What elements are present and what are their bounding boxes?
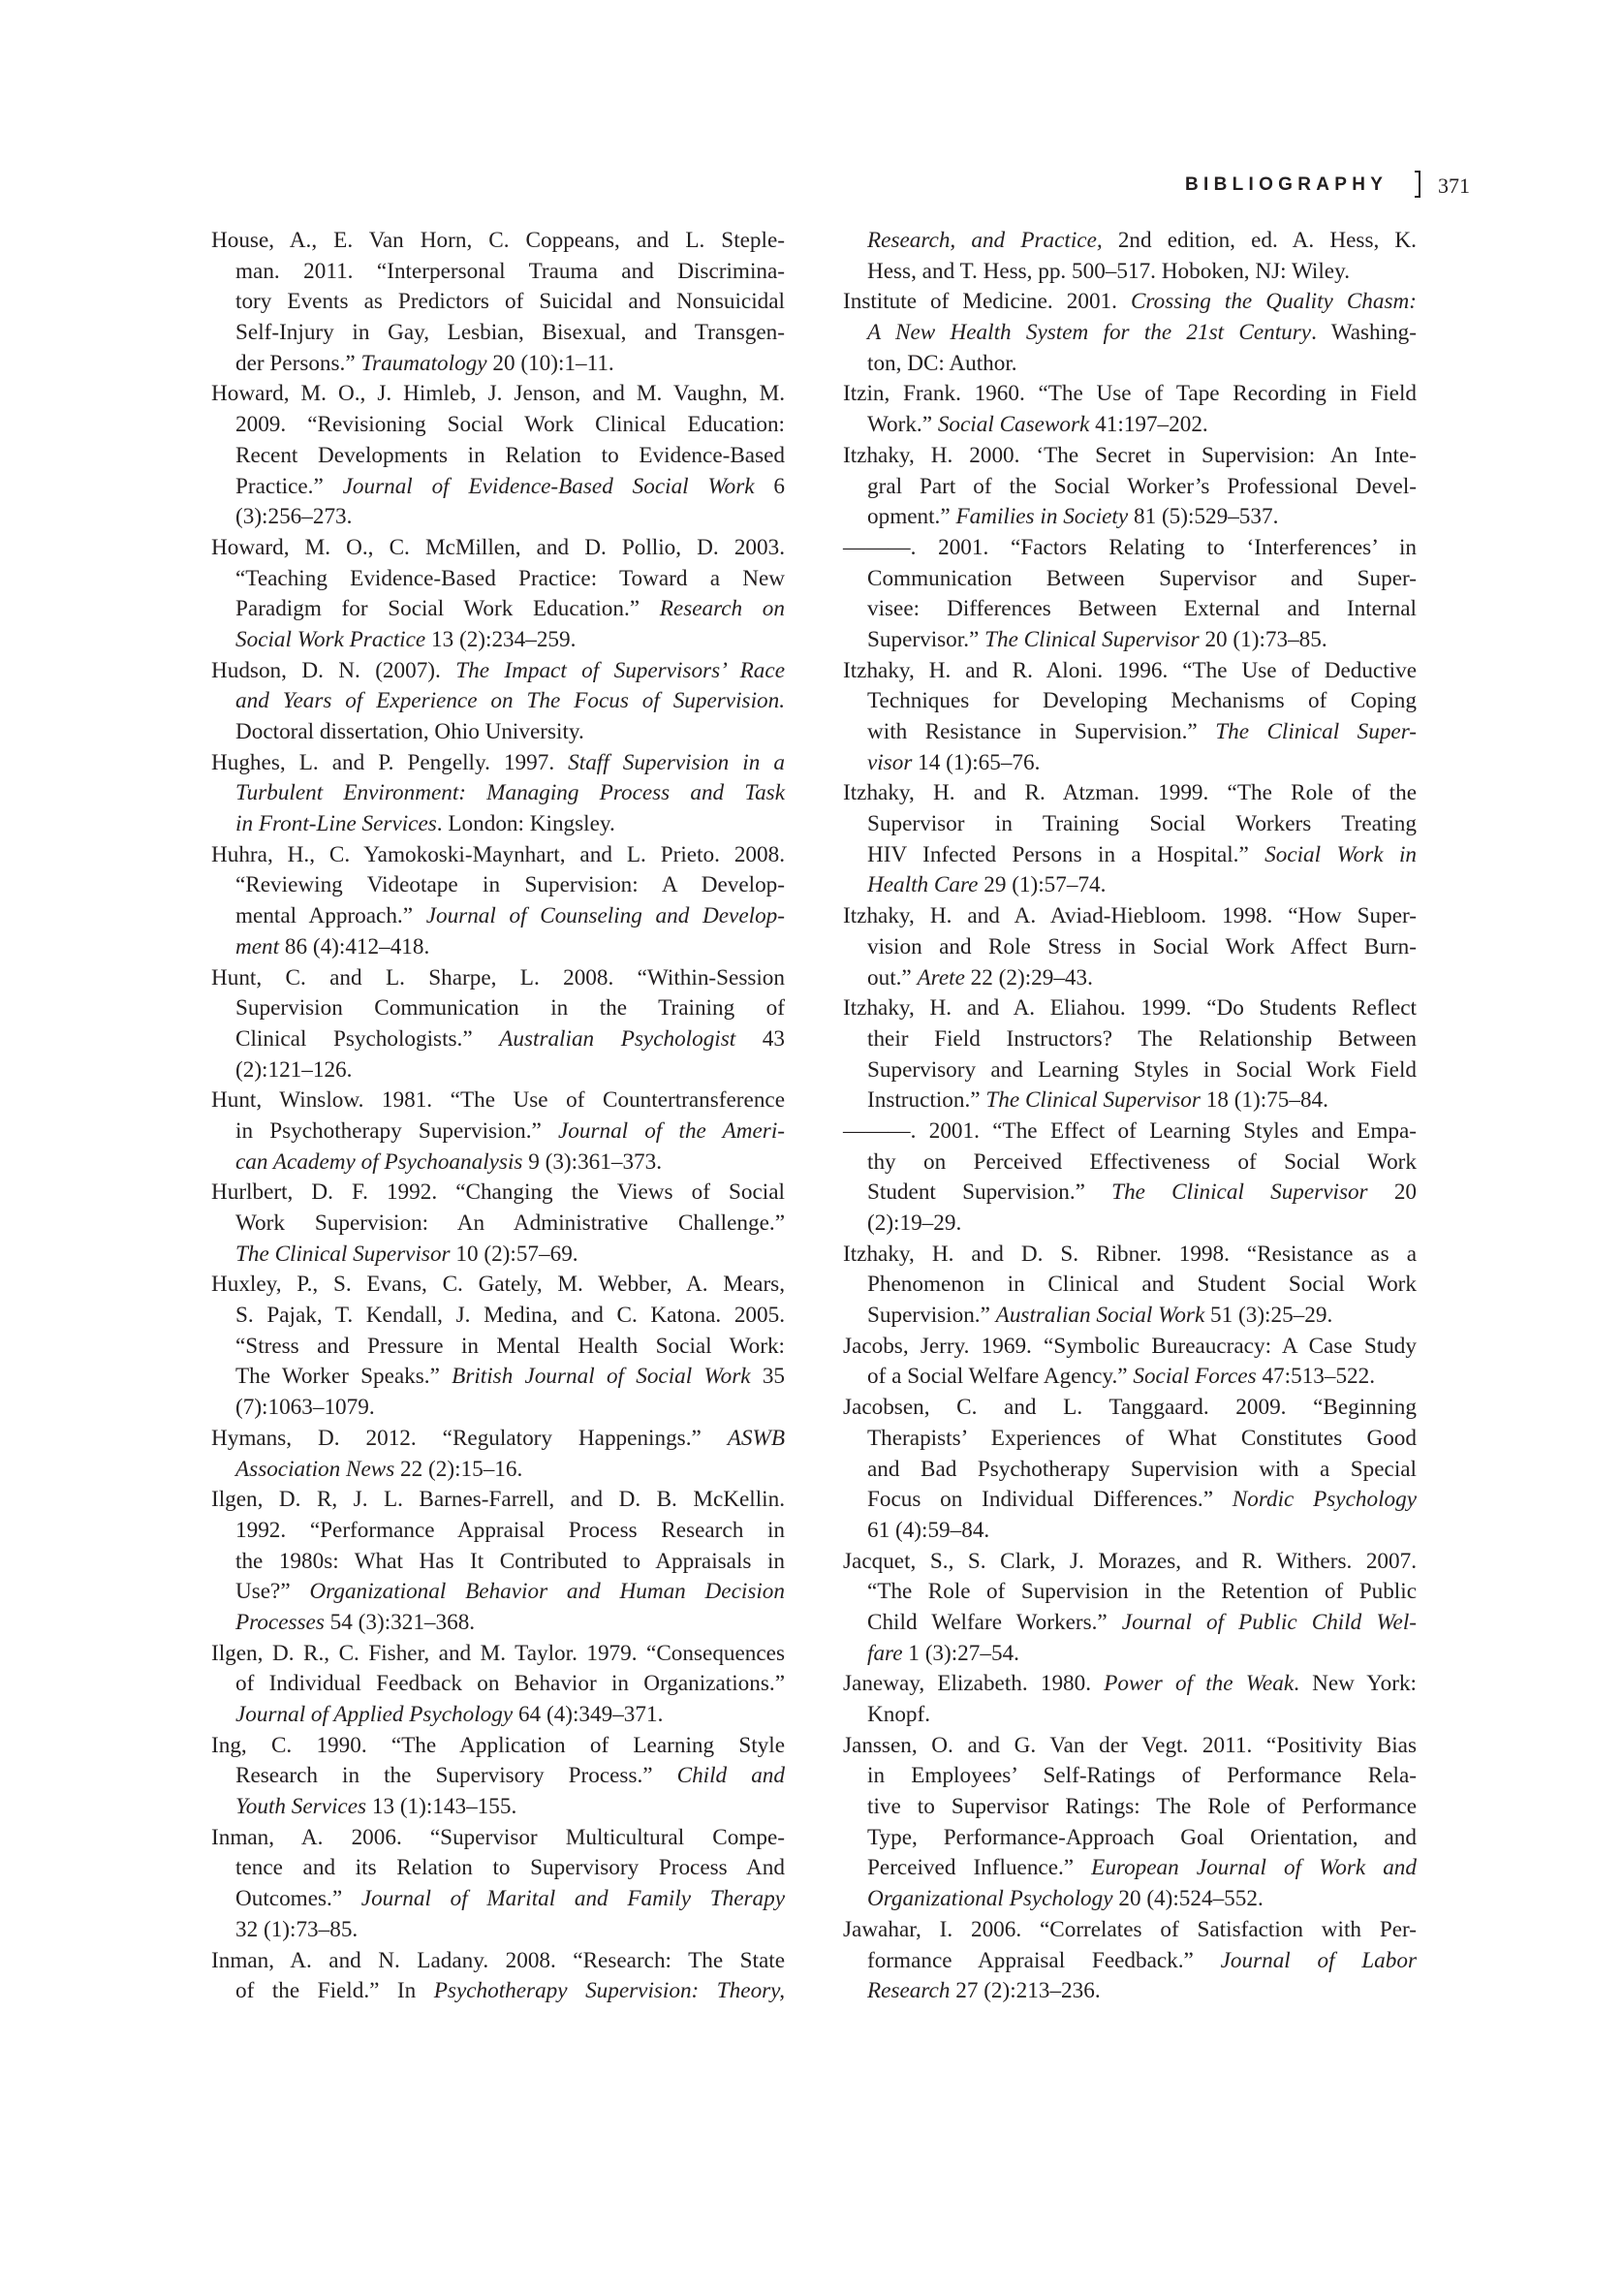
- citation-text: Howard, M. O., C. McMillen, and D. Polli…: [211, 535, 785, 560]
- citation-text: Knopf.: [867, 1702, 930, 1727]
- entry-line: can Academy of Psychoanalysis 9 (3):361–…: [211, 1148, 785, 1179]
- citation-text: Therapists’ Experiences of What Constitu…: [867, 1426, 1417, 1451]
- italic-title: Journal of Applied Psychology: [235, 1702, 513, 1727]
- entry-line: Itzhaky, H. and R. Aloni. 1996. “The Use…: [843, 656, 1417, 687]
- citation-text: of a Social Welfare Agency.”: [867, 1364, 1133, 1389]
- entry-line: fare 1 (3):27–54.: [843, 1639, 1417, 1670]
- italic-title: in Front-Line Services: [235, 811, 437, 836]
- bibliography-entry: Jacobs, Jerry. 1969. “Symbolic Bureaucra…: [843, 1332, 1417, 1393]
- entry-line: Research, and Practice, 2nd edition, ed.…: [843, 226, 1417, 257]
- entry-line: Hymans, D. 2012. “Regulatory Happenings.…: [211, 1424, 785, 1455]
- citation-text: Hurlbert, D. F. 1992. “Changing the View…: [211, 1179, 785, 1205]
- citation-text: Ing, C. 1990. “The Application of Learni…: [211, 1733, 785, 1758]
- entry-line: formance Appraisal Feedback.” Journal of…: [843, 1946, 1417, 1977]
- entry-line: S. Pajak, T. Kendall, J. Medina, and C. …: [211, 1301, 785, 1332]
- citation-text: (2):121–126.: [235, 1057, 352, 1083]
- bibliography-entry: House, A., E. Van Horn, C. Coppeans, and…: [211, 226, 785, 379]
- entry-line: Doctoral dissertation, Ohio University.: [211, 717, 785, 748]
- citation-text: Jacobsen, C. and L. Tanggaard. 2009. “Be…: [843, 1395, 1417, 1420]
- bibliography-entry: Hunt, C. and L. Sharpe, L. 2008. “Within…: [211, 963, 785, 1086]
- citation-text: man. 2011. “Interpersonal Trauma and Dis…: [235, 259, 785, 284]
- entry-line: The Worker Speaks.” British Journal of S…: [211, 1362, 785, 1393]
- citation-text: Work Supervision: An Administrative Chal…: [235, 1211, 785, 1236]
- entry-line: Howard, M. O., C. McMillen, and D. Polli…: [211, 533, 785, 564]
- citation-text: Hunt, C. and L. Sharpe, L. 2008. “Within…: [211, 965, 785, 991]
- italic-title: Australian Psychologist: [499, 1026, 735, 1052]
- citation-text: Hunt, Winslow. 1981. “The Use of Counter…: [211, 1087, 785, 1113]
- entry-line: visor 14 (1):65–76.: [843, 748, 1417, 779]
- citation-text: 61 (4):59–84.: [867, 1518, 989, 1543]
- citation-text: Jacquet, S., S. Clark, J. Morazes, and R…: [843, 1549, 1417, 1574]
- entry-line: (2):121–126.: [211, 1055, 785, 1086]
- entry-line: “Teaching Evidence-Based Practice: Towar…: [211, 564, 785, 595]
- citation-text: their Field Instructors? The Relationshi…: [867, 1026, 1417, 1052]
- citation-text: Hymans, D. 2012. “Regulatory Happenings.…: [211, 1426, 728, 1451]
- entry-line: Type, Performance-Approach Goal Orientat…: [843, 1823, 1417, 1854]
- bibliography-entry: Janeway, Elizabeth. 1980. Power of the W…: [843, 1669, 1417, 1730]
- entry-line: Techniques for Developing Mechanisms of …: [843, 686, 1417, 717]
- bibliography-entry: Howard, M. O., J. Himleb, J. Jenson, and…: [211, 379, 785, 532]
- entry-line: and Bad Psychotherapy Supervision with a…: [843, 1455, 1417, 1486]
- citation-text: 29 (1):57–74.: [978, 872, 1106, 897]
- italic-title: The Clinical Supervisor: [1111, 1179, 1367, 1205]
- entry-line: Social Work Practice 13 (2):234–259.: [211, 625, 785, 656]
- entry-line: Inman, A. and N. Ladany. 2008. “Research…: [211, 1946, 785, 1977]
- entry-line: Outcomes.” Journal of Marital and Family…: [211, 1884, 785, 1915]
- entry-line: Use?” Organizational Behavior and Human …: [211, 1577, 785, 1608]
- citation-text: Supervisory and Learning Styles in Socia…: [867, 1057, 1417, 1083]
- italic-title: Social Forces: [1133, 1364, 1256, 1389]
- italic-title: Organizational Behavior and Human Decisi…: [309, 1579, 785, 1604]
- citation-text: 54 (3):321–368.: [325, 1610, 475, 1635]
- bibliography-entry: Institute of Medicine. 2001. Crossing th…: [843, 287, 1417, 379]
- bibliography-entry: Inman, A. and N. Ladany. 2008. “Research…: [211, 1946, 785, 2007]
- entry-line: Association News 22 (2):15–16.: [211, 1455, 785, 1486]
- entry-line: Ilgen, D. R., C. Fisher, and M. Taylor. …: [211, 1639, 785, 1670]
- citation-text: 86 (4):412–418.: [279, 934, 429, 959]
- citation-text: thy on Perceived Effectiveness of Social…: [867, 1149, 1417, 1175]
- italic-title: The Clinical Supervisor: [984, 627, 1200, 652]
- page-number: 371: [1438, 173, 1470, 199]
- entry-line: Hunt, Winslow. 1981. “The Use of Counter…: [211, 1085, 785, 1117]
- entry-line: Phenomenon in Clinical and Student Socia…: [843, 1270, 1417, 1301]
- citation-text: 18 (1):75–84.: [1201, 1087, 1328, 1113]
- bibliography-entry: Hurlbert, D. F. 1992. “Changing the View…: [211, 1178, 785, 1270]
- citation-text: 20 (4):524–552.: [1113, 1886, 1264, 1911]
- entry-line: Practice.” Journal of Evidence-Based Soc…: [211, 472, 785, 503]
- entry-line: Huxley, P., S. Evans, C. Gately, M. Webb…: [211, 1270, 785, 1301]
- citation-text: Instruction.”: [867, 1087, 985, 1113]
- italic-title: fare: [867, 1641, 903, 1666]
- citation-text: 2nd edition, ed. A. Hess, K.: [1103, 228, 1417, 253]
- citation-text: of the Field.” In: [235, 1978, 434, 2003]
- citation-text: Itzhaky, H. and R. Aloni. 1996. “The Use…: [843, 658, 1417, 683]
- italic-title: A New Health System for the 21st Century: [867, 320, 1311, 345]
- citation-text: visee: Differences Between External and …: [867, 596, 1417, 621]
- entry-line: and Years of Experience on The Focus of …: [211, 686, 785, 717]
- bibliography-column-left: House, A., E. Van Horn, C. Coppeans, and…: [211, 226, 785, 2007]
- citation-text: 41:197–202.: [1089, 412, 1207, 437]
- entry-line: “Reviewing Videotape in Supervision: A D…: [211, 870, 785, 901]
- citation-text: in Psychotherapy Supervision.”: [235, 1118, 558, 1144]
- entry-line: Itzhaky, H. 2000. ‘The Secret in Supervi…: [843, 441, 1417, 472]
- citation-text: 64 (4):349–371.: [513, 1702, 663, 1727]
- italic-title: visor: [867, 750, 912, 775]
- entry-line: 32 (1):73–85.: [211, 1915, 785, 1946]
- citation-text: Hudson, D. N. (2007).: [211, 658, 455, 683]
- bibliography-entry: Hunt, Winslow. 1981. “The Use of Counter…: [211, 1085, 785, 1178]
- citation-text: Itzin, Frank. 1960. “The Use of Tape Rec…: [843, 381, 1417, 406]
- bibliography-entry: Ing, C. 1990. “The Application of Learni…: [211, 1731, 785, 1823]
- bibliography-entry-continuation: Research, and Practice, 2nd edition, ed.…: [843, 226, 1417, 287]
- entry-line: Jacobs, Jerry. 1969. “Symbolic Bureaucra…: [843, 1332, 1417, 1363]
- bibliography-entry: Itzin, Frank. 1960. “The Use of Tape Rec…: [843, 379, 1417, 440]
- italic-title: Health Care: [867, 872, 978, 897]
- entry-line: Supervisor in Training Social Workers Tr…: [843, 809, 1417, 840]
- entry-line: Hughes, L. and P. Pengelly. 1997. Staff …: [211, 748, 785, 779]
- citation-text: mental Approach.”: [235, 903, 426, 928]
- entry-line: Inman, A. 2006. “Supervisor Multicultura…: [211, 1823, 785, 1854]
- citation-text: 13 (1):143–155.: [366, 1794, 516, 1819]
- entry-line: Itzhaky, H. and A. Aviad-Hiebloom. 1998.…: [843, 901, 1417, 932]
- entry-line: Turbulent Environment: Managing Process …: [211, 778, 785, 809]
- entry-line: Therapists’ Experiences of What Constitu…: [843, 1424, 1417, 1455]
- citation-text: Supervision Communication in the Trainin…: [235, 995, 785, 1021]
- entry-line: ment 86 (4):412–418.: [211, 932, 785, 963]
- italic-title: Psychotherapy Supervision: Theory,: [434, 1978, 785, 2003]
- citation-text: 1 (3):27–54.: [903, 1641, 1019, 1666]
- citation-text: Practice.”: [235, 474, 343, 499]
- entry-line: Youth Services 13 (1):143–155.: [211, 1792, 785, 1823]
- entry-line: Institute of Medicine. 2001. Crossing th…: [843, 287, 1417, 318]
- citation-text: S. Pajak, T. Kendall, J. Medina, and C. …: [235, 1303, 785, 1328]
- bibliography-entry: ———. 2001. “Factors Relating to ‘Interfe…: [843, 533, 1417, 656]
- entry-line: Supervision.” Australian Social Work 51 …: [843, 1301, 1417, 1332]
- entry-line: out.” Arete 22 (2):29–43.: [843, 963, 1417, 994]
- bibliography-entry: Itzhaky, H. and D. S. Ribner. 1998. “Res…: [843, 1240, 1417, 1332]
- italic-title: Processes: [235, 1610, 325, 1635]
- entry-line: Hunt, C. and L. Sharpe, L. 2008. “Within…: [211, 963, 785, 994]
- running-head-title: BIBLIOGRAPHY: [1185, 174, 1388, 196]
- italic-title: Social Work Practice: [235, 627, 425, 652]
- entry-line: Paradigm for Social Work Education.” Res…: [211, 594, 785, 625]
- italic-title: Organizational Psychology: [867, 1886, 1113, 1911]
- bibliography-entry: Hudson, D. N. (2007). The Impact of Supe…: [211, 656, 785, 748]
- citation-text: 35: [751, 1364, 785, 1389]
- citation-text: The Worker Speaks.”: [235, 1364, 452, 1389]
- entry-line: the 1980s: What Has It Contributed to Ap…: [211, 1547, 785, 1578]
- italic-title: Arete: [918, 965, 965, 991]
- citation-text: “Reviewing Videotape in Supervision: A D…: [235, 872, 785, 897]
- citation-text: Janssen, O. and G. Van der Vegt. 2011. “…: [843, 1733, 1417, 1758]
- entry-line: Jacobsen, C. and L. Tanggaard. 2009. “Be…: [843, 1393, 1417, 1424]
- citation-text: Jacobs, Jerry. 1969. “Symbolic Bureaucra…: [843, 1334, 1417, 1359]
- italic-title: and Years of Experience on The Focus of …: [235, 688, 785, 713]
- entry-line: Organizational Psychology 20 (4):524–552…: [843, 1884, 1417, 1915]
- citation-text: 20: [1368, 1179, 1417, 1205]
- entry-line: Itzhaky, H. and R. Atzman. 1999. “The Ro…: [843, 778, 1417, 809]
- citation-text: 27 (2):213–236.: [950, 1978, 1100, 2003]
- citation-text: out.”: [867, 965, 918, 991]
- italic-title: ment: [235, 934, 279, 959]
- italic-title: The Clinical Supervisor: [235, 1242, 451, 1267]
- citation-text: 47:513–522.: [1257, 1364, 1375, 1389]
- citation-text: Hess, and T. Hess, pp. 500–517. Hoboken,…: [867, 259, 1350, 284]
- citation-text: tence and its Relation to Supervisory Pr…: [235, 1855, 785, 1880]
- entry-line: “Stress and Pressure in Mental Health So…: [211, 1332, 785, 1363]
- citation-text: Huxley, P., S. Evans, C. Gately, M. Webb…: [211, 1272, 785, 1297]
- citation-text: Phenomenon in Clinical and Student Socia…: [867, 1272, 1417, 1297]
- entry-line: (3):256–273.: [211, 502, 785, 533]
- entry-line: Itzhaky, H. and D. S. Ribner. 1998. “Res…: [843, 1240, 1417, 1271]
- entry-line: “The Role of Supervision in the Retentio…: [843, 1577, 1417, 1608]
- citation-text: House, A., E. Van Horn, C. Coppeans, and…: [211, 228, 785, 253]
- running-head: BIBLIOGRAPHY 371: [0, 171, 1623, 209]
- citation-text: Research in the Supervisory Process.”: [235, 1763, 677, 1788]
- entry-line: Child Welfare Workers.” Journal of Publi…: [843, 1608, 1417, 1639]
- citation-text: Type, Performance-Approach Goal Orientat…: [867, 1825, 1417, 1850]
- citation-text: Hughes, L. and P. Pengelly. 1997.: [211, 750, 568, 775]
- citation-text: (2):19–29.: [867, 1211, 961, 1236]
- citation-text: Ilgen, D. R., C. Fisher, and M. Taylor. …: [211, 1641, 785, 1666]
- entry-line: Hess, and T. Hess, pp. 500–517. Hoboken,…: [843, 257, 1417, 288]
- entry-line: Self-Injury in Gay, Lesbian, Bisexual, a…: [211, 318, 785, 349]
- bibliography-entry: Itzhaky, H. and R. Atzman. 1999. “The Ro…: [843, 778, 1417, 901]
- entry-line: Supervisory and Learning Styles in Socia…: [843, 1055, 1417, 1086]
- entry-line: der Persons.” Traumatology 20 (10):1–11.: [211, 349, 785, 380]
- citation-text: 20 (10):1–11.: [487, 351, 614, 376]
- entry-line: Clinical Psychologists.” Australian Psyc…: [211, 1024, 785, 1055]
- entry-line: Journal of Applied Psychology 64 (4):349…: [211, 1700, 785, 1731]
- citation-text: . London: Kingsley.: [437, 811, 615, 836]
- italic-title: European Journal of Work and: [1091, 1855, 1417, 1880]
- citation-text: Janeway, Elizabeth. 1980.: [843, 1671, 1104, 1696]
- citation-text: Huhra, H., C. Yamokoski-Maynhart, and L.…: [211, 842, 785, 867]
- entry-line: Jacquet, S., S. Clark, J. Morazes, and R…: [843, 1547, 1417, 1578]
- entry-line: Hurlbert, D. F. 1992. “Changing the View…: [211, 1178, 785, 1209]
- citation-text: the 1980s: What Has It Contributed to Ap…: [235, 1549, 785, 1574]
- italic-title: Journal of the Ameri-: [558, 1118, 785, 1144]
- entry-line: ton, DC: Author.: [843, 349, 1417, 380]
- citation-text: Inman, A. 2006. “Supervisor Multicultura…: [211, 1825, 785, 1850]
- italic-title: Journal of Marital and Family Therapy: [361, 1886, 785, 1911]
- entry-line: Jawahar, I. 2006. “Correlates of Satisfa…: [843, 1915, 1417, 1946]
- bibliography-entry: Itzhaky, H. and R. Aloni. 1996. “The Use…: [843, 656, 1417, 779]
- citation-text: . New York:: [1294, 1671, 1417, 1696]
- bibliography-entry: Ilgen, D. R., C. Fisher, and M. Taylor. …: [211, 1639, 785, 1731]
- italic-title: can Academy of Psychoanalysis: [235, 1149, 522, 1175]
- entry-line: ———. 2001. “Factors Relating to ‘Interfe…: [843, 533, 1417, 564]
- bibliography-entry: Itzhaky, H. and A. Aviad-Hiebloom. 1998.…: [843, 901, 1417, 993]
- entry-line: The Clinical Supervisor 10 (2):57–69.: [211, 1240, 785, 1271]
- entry-line: Janeway, Elizabeth. 1980. Power of the W…: [843, 1669, 1417, 1700]
- italic-title: Turbulent Environment: Managing Process …: [235, 780, 785, 805]
- citation-text: 22 (2):29–43.: [965, 965, 1093, 991]
- citation-text: “Teaching Evidence-Based Practice: Towar…: [235, 566, 785, 591]
- entry-line: Recent Developments in Relation to Evide…: [211, 441, 785, 472]
- citation-text: Doctoral dissertation, Ohio University.: [235, 719, 584, 744]
- italic-title: Nordic Psychology: [1233, 1487, 1417, 1512]
- bibliography-entry: Jacquet, S., S. Clark, J. Morazes, and R…: [843, 1547, 1417, 1670]
- citation-text: 22 (2):15–16.: [394, 1457, 522, 1482]
- citation-text: of Individual Feedback on Behavior in Or…: [235, 1671, 785, 1696]
- entry-line: mental Approach.” Journal of Counseling …: [211, 901, 785, 932]
- citation-text: 2009. “Revisioning Social Work Clinical …: [235, 412, 785, 437]
- entry-line: Ilgen, D. R, J. L. Barnes-Farrell, and D…: [211, 1485, 785, 1516]
- citation-text: 20 (1):73–85.: [1200, 627, 1327, 652]
- italic-title: ASWB: [728, 1426, 785, 1451]
- italic-title: Social Work in: [1264, 842, 1417, 867]
- citation-text: (3):256–273.: [235, 504, 352, 529]
- italic-title: The Impact of Supervisors’ Race: [455, 658, 785, 683]
- bibliography-entry: Inman, A. 2006. “Supervisor Multicultura…: [211, 1823, 785, 1946]
- citation-text: Recent Developments in Relation to Evide…: [235, 443, 785, 468]
- entry-line: Health Care 29 (1):57–74.: [843, 870, 1417, 901]
- citation-text: Focus on Individual Differences.”: [867, 1487, 1233, 1512]
- italic-title: Association News: [235, 1457, 394, 1482]
- italic-title: Families in Society: [955, 504, 1128, 529]
- citation-text: Supervisor in Training Social Workers Tr…: [867, 811, 1417, 836]
- entry-line: Focus on Individual Differences.” Nordic…: [843, 1485, 1417, 1516]
- entry-line: Janssen, O. and G. Van der Vegt. 2011. “…: [843, 1731, 1417, 1762]
- bibliography-entry: Itzhaky, H. 2000. ‘The Secret in Supervi…: [843, 441, 1417, 533]
- bibliography-entry: Huxley, P., S. Evans, C. Gately, M. Webb…: [211, 1270, 785, 1423]
- citation-text: HIV Infected Persons in a Hospital.”: [867, 842, 1264, 867]
- bibliography-entry: Hymans, D. 2012. “Regulatory Happenings.…: [211, 1424, 785, 1485]
- citation-text: and Bad Psychotherapy Supervision with a…: [867, 1457, 1417, 1482]
- entry-line: A New Health System for the 21st Century…: [843, 318, 1417, 349]
- citation-text: Itzhaky, H. and R. Atzman. 1999. “The Ro…: [843, 780, 1417, 805]
- italic-title: Social Casework: [938, 412, 1090, 437]
- citation-text: ———. 2001. “The Effect of Learning Style…: [843, 1118, 1417, 1144]
- citation-text: Perceived Influence.”: [867, 1855, 1091, 1880]
- citation-text: Itzhaky, H. 2000. ‘The Secret in Supervi…: [843, 443, 1417, 468]
- citation-text: 51 (3):25–29.: [1204, 1303, 1332, 1328]
- citation-text: with Resistance in Supervision.”: [867, 719, 1215, 744]
- entry-line: vision and Role Stress in Social Work Af…: [843, 932, 1417, 963]
- citation-text: Techniques for Developing Mechanisms of …: [867, 688, 1417, 713]
- entry-line: Research 27 (2):213–236.: [843, 1976, 1417, 2007]
- citation-text: Itzhaky, H. and A. Aviad-Hiebloom. 1998.…: [843, 903, 1417, 928]
- entry-line: Ing, C. 1990. “The Application of Learni…: [211, 1731, 785, 1762]
- citation-text: ton, DC: Author.: [867, 351, 1017, 376]
- citation-text: Itzhaky, H. and A. Eliahou. 1999. “Do St…: [843, 995, 1417, 1021]
- citation-text: 14 (1):65–76.: [912, 750, 1040, 775]
- italic-title: Australian Social Work: [996, 1303, 1205, 1328]
- entry-line: man. 2011. “Interpersonal Trauma and Dis…: [211, 257, 785, 288]
- entry-line: 2009. “Revisioning Social Work Clinical …: [211, 410, 785, 441]
- citation-text: Supervision.”: [867, 1303, 996, 1328]
- bibliography-entry: Jacobsen, C. and L. Tanggaard. 2009. “Be…: [843, 1393, 1417, 1546]
- citation-text: Use?”: [235, 1579, 309, 1604]
- citation-text: Ilgen, D. R, J. L. Barnes-Farrell, and D…: [211, 1487, 785, 1512]
- bibliography-entry: Jawahar, I. 2006. “Correlates of Satisfa…: [843, 1915, 1417, 2007]
- citation-text: Inman, A. and N. Ladany. 2008. “Research…: [211, 1948, 785, 1973]
- entry-line: with Resistance in Supervision.” The Cli…: [843, 717, 1417, 748]
- entry-line: of the Field.” In Psychotherapy Supervis…: [211, 1976, 785, 2007]
- bibliography-entry: Itzhaky, H. and A. Eliahou. 1999. “Do St…: [843, 993, 1417, 1117]
- bracket-ornament: [1415, 171, 1420, 198]
- entry-line: Hudson, D. N. (2007). The Impact of Supe…: [211, 656, 785, 687]
- entry-line: of a Social Welfare Agency.” Social Forc…: [843, 1362, 1417, 1393]
- bibliography-entry: Huhra, H., C. Yamokoski-Maynhart, and L.…: [211, 840, 785, 963]
- entry-line: House, A., E. Van Horn, C. Coppeans, and…: [211, 226, 785, 257]
- entry-line: visee: Differences Between External and …: [843, 594, 1417, 625]
- entry-line: ———. 2001. “The Effect of Learning Style…: [843, 1117, 1417, 1148]
- citation-text: Itzhaky, H. and D. S. Ribner. 1998. “Res…: [843, 1242, 1417, 1267]
- italic-title: Journal of Labor: [1221, 1948, 1417, 1973]
- entry-line: Itzhaky, H. and A. Eliahou. 1999. “Do St…: [843, 993, 1417, 1024]
- italic-title: Journal of Evidence-Based Social Work: [343, 474, 755, 499]
- citation-text: vision and Role Stress in Social Work Af…: [867, 934, 1417, 959]
- bibliography-entry: Janssen, O. and G. Van der Vegt. 2011. “…: [843, 1731, 1417, 1915]
- citation-text: Child Welfare Workers.”: [867, 1610, 1122, 1635]
- bibliography-column-right: Research, and Practice, 2nd edition, ed.…: [843, 226, 1417, 2007]
- entry-line: in Employees’ Self-Ratings of Performanc…: [843, 1761, 1417, 1792]
- citation-text: 81 (5):529–537.: [1128, 504, 1278, 529]
- italic-title: Journal of Public Child Wel-: [1122, 1610, 1417, 1635]
- italic-title: The Clinical Super-: [1215, 719, 1417, 744]
- entry-line: 61 (4):59–84.: [843, 1516, 1417, 1547]
- entry-line: Instruction.” The Clinical Supervisor 18…: [843, 1085, 1417, 1117]
- citation-text: Outcomes.”: [235, 1886, 361, 1911]
- citation-text: 1992. “Performance Appraisal Process Res…: [235, 1518, 785, 1543]
- italic-title: Power of the Weak: [1104, 1671, 1294, 1696]
- citation-text: in Employees’ Self-Ratings of Performanc…: [867, 1763, 1417, 1788]
- italic-title: Research: [867, 1978, 950, 2003]
- citation-text: 10 (2):57–69.: [451, 1242, 578, 1267]
- entry-line: HIV Infected Persons in a Hospital.” Soc…: [843, 840, 1417, 871]
- citation-text: ———. 2001. “Factors Relating to ‘Interfe…: [843, 535, 1417, 560]
- citation-text: formance Appraisal Feedback.”: [867, 1948, 1221, 1973]
- entry-line: Howard, M. O., J. Himleb, J. Jenson, and…: [211, 379, 785, 410]
- entry-line: Knopf.: [843, 1700, 1417, 1731]
- entry-line: tive to Supervisor Ratings: The Role of …: [843, 1792, 1417, 1823]
- citation-text: Institute of Medicine. 2001.: [843, 289, 1131, 314]
- citation-text: der Persons.”: [235, 351, 360, 376]
- entry-line: Work.” Social Casework 41:197–202.: [843, 410, 1417, 441]
- italic-title: Research, and Practice,: [867, 228, 1103, 253]
- entry-line: their Field Instructors? The Relationshi…: [843, 1024, 1417, 1055]
- entry-line: Huhra, H., C. Yamokoski-Maynhart, and L.…: [211, 840, 785, 871]
- citation-text: Student Supervision.”: [867, 1179, 1111, 1205]
- entry-line: Perceived Influence.” European Journal o…: [843, 1853, 1417, 1884]
- entry-line: opment.” Families in Society 81 (5):529–…: [843, 502, 1417, 533]
- citation-text: opment.”: [867, 504, 955, 529]
- italic-title: Research on: [660, 596, 785, 621]
- entry-line: (2):19–29.: [843, 1209, 1417, 1240]
- citation-text: tive to Supervisor Ratings: The Role of …: [867, 1794, 1417, 1819]
- entry-line: in Front-Line Services. London: Kingsley…: [211, 809, 785, 840]
- citation-text: gral Part of the Social Worker’s Profess…: [867, 474, 1417, 499]
- italic-title: The Clinical Supervisor: [985, 1087, 1201, 1113]
- entry-line: thy on Perceived Effectiveness of Social…: [843, 1148, 1417, 1179]
- citation-text: “Stress and Pressure in Mental Health So…: [235, 1334, 785, 1359]
- citation-text: Supervisor.”: [867, 627, 984, 652]
- entry-line: of Individual Feedback on Behavior in Or…: [211, 1669, 785, 1700]
- citation-text: Clinical Psychologists.”: [235, 1026, 499, 1052]
- entry-line: Supervisor.” The Clinical Supervisor 20 …: [843, 625, 1417, 656]
- bibliography-entry: Ilgen, D. R, J. L. Barnes-Farrell, and D…: [211, 1485, 785, 1638]
- citation-text: . Washing-: [1311, 320, 1417, 345]
- citation-text: Communication Between Supervisor and Sup…: [867, 566, 1417, 591]
- citation-text: Paradigm for Social Work Education.”: [235, 596, 660, 621]
- citation-text: 43: [735, 1026, 785, 1052]
- entry-line: 1992. “Performance Appraisal Process Res…: [211, 1516, 785, 1547]
- citation-text: “The Role of Supervision in the Retentio…: [867, 1579, 1417, 1604]
- entry-line: Research in the Supervisory Process.” Ch…: [211, 1761, 785, 1792]
- entry-line: (7):1063–1079.: [211, 1393, 785, 1424]
